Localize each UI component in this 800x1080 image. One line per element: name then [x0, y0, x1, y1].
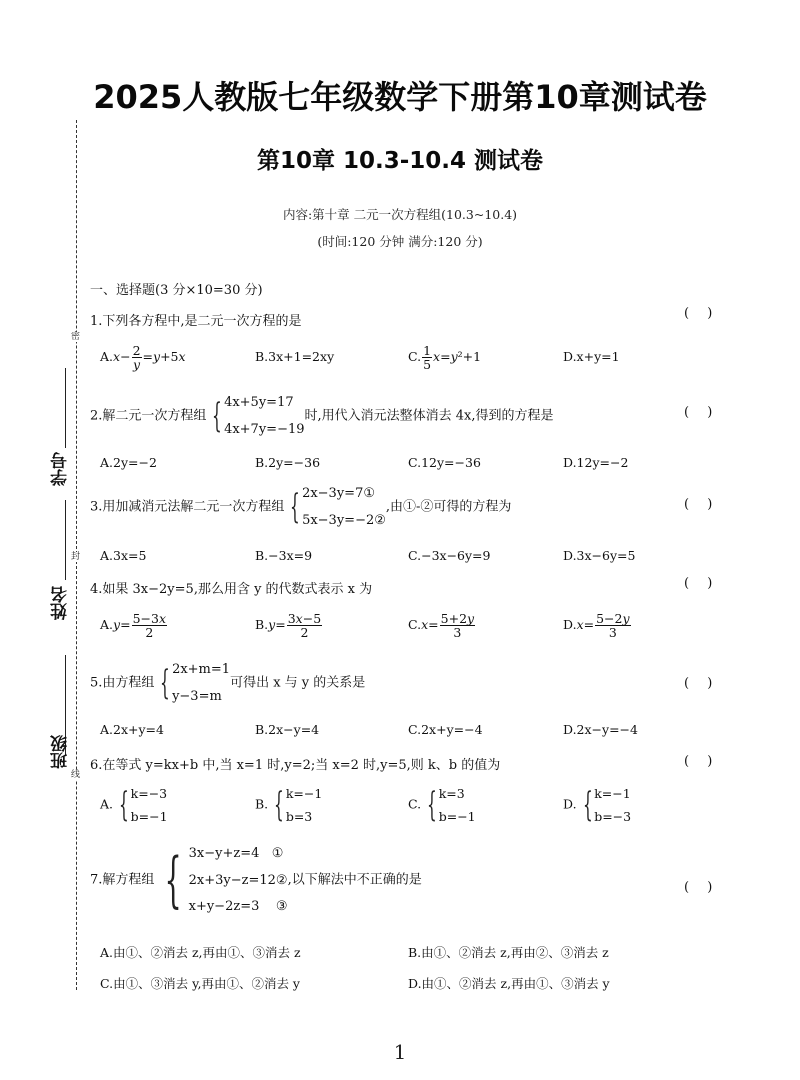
question-2: 2.解二元一次方程组{4x+5y=174x+7y=−19时,用代入消元法整体消去… [90, 395, 554, 437]
q3-option-d[interactable]: D.3x−6y=5 [563, 548, 635, 563]
q4-option-b[interactable]: B.y=3x−52 [255, 612, 323, 639]
q1-option-d[interactable]: D.x+y=1 [563, 349, 620, 364]
answer-blank-6[interactable]: ( ) [684, 754, 712, 769]
q5-option-b[interactable]: B.2x−y=4 [255, 722, 319, 737]
seal-mark-xian: 线 [71, 770, 80, 780]
section-heading: 一、选择题(3 分×10=30 分) [90, 279, 263, 298]
question-3: 3.用加减消元法解二元一次方程组{2x−3y=7①5x−3y=−2②,由①-②可… [90, 486, 511, 528]
q7-option-a[interactable]: A.由①、②消去 z,再由①、③消去 z [100, 943, 301, 961]
answer-blank-4[interactable]: ( ) [684, 576, 712, 591]
q3-option-c[interactable]: C.−3x−6y=9 [408, 548, 490, 563]
q5-option-d[interactable]: D.2x−y=−4 [563, 722, 638, 737]
name-line-top [65, 500, 66, 580]
q3-option-b[interactable]: B.−3x=9 [255, 548, 312, 563]
label-name: 姓名 [48, 586, 73, 620]
q2-option-b[interactable]: B.2y=−36 [255, 455, 320, 470]
q5-option-a[interactable]: A.2x+y=4 [100, 722, 164, 737]
q1-option-c[interactable]: C.15x=y²+1 [408, 344, 481, 371]
q2-option-d[interactable]: D.12y=−2 [563, 455, 628, 470]
seal-mark-feng: 封 [71, 552, 80, 562]
q7-option-c[interactable]: C.由①、③消去 y,再由①、②消去 y [100, 974, 300, 992]
answer-blank-7[interactable]: ( ) [684, 880, 712, 895]
label-student-id: 学号 [48, 452, 73, 486]
q4-option-d[interactable]: D.x=5−2y3 [563, 612, 632, 639]
label-class: 班级 [48, 735, 73, 769]
q7-option-b[interactable]: B.由①、②消去 z,再由②、③消去 z [408, 943, 609, 961]
answer-blank-2[interactable]: ( ) [684, 405, 712, 420]
exam-subtitle: 第10章 10.3-10.4 测试卷 [0, 142, 800, 175]
q1-option-a[interactable]: A.x−2y=y+5x [100, 344, 186, 371]
answer-blank-1[interactable]: ( ) [684, 306, 712, 321]
q4-option-c[interactable]: C.x=5+2y3 [408, 612, 476, 639]
page-number: 1 [0, 1040, 800, 1064]
content-line: 内容:第十章 二元一次方程组(10.3~10.4) [0, 205, 800, 223]
q6-option-c[interactable]: C.{k=3b=−1 [408, 786, 476, 824]
q4-option-a[interactable]: A.y=5−3x2 [100, 612, 168, 639]
question-6: 6.在等式 y=kx+b 中,当 x=1 时,y=2;当 x=2 时,y=5,则… [90, 754, 500, 773]
q2-option-c[interactable]: C.12y=−36 [408, 455, 481, 470]
question-1: 1.下列各方程中,是二元一次方程的是 [90, 310, 302, 329]
time-line: (时间:120 分钟 满分:120 分) [0, 232, 800, 250]
q6-option-a[interactable]: A.{k=−3b=−1 [100, 786, 168, 824]
answer-blank-3[interactable]: ( ) [684, 497, 712, 512]
student-id-line [65, 368, 66, 448]
q2-option-a[interactable]: A.2y=−2 [100, 455, 157, 470]
q6-option-d[interactable]: D.{k=−1b=−3 [563, 786, 631, 824]
q5-option-c[interactable]: C.2x+y=−4 [408, 722, 483, 737]
exam-title: 2025人教版七年级数学下册第10章测试卷 [0, 72, 800, 118]
answer-blank-5[interactable]: ( ) [684, 676, 712, 691]
question-4: 4.如果 3x−2y=5,那么用含 y 的代数式表示 x 为 [90, 578, 372, 597]
q7-option-d[interactable]: D.由①、②消去 z,再由①、③消去 y [408, 974, 610, 992]
q3-option-a[interactable]: A.3x=5 [100, 548, 146, 563]
seal-mark-mi: 密 [71, 332, 80, 342]
question-5: 5.由方程组{2x+m=1y−3=m可得出 x 与 y 的关系是 [90, 662, 365, 704]
question-7: 7.解方程组{3x−y+z=4 ①2x+3y−z=12②x+y−2z=3 ③,以… [90, 846, 422, 914]
q6-option-b[interactable]: B.{k=−1b=3 [255, 786, 322, 824]
q1-option-b[interactable]: B.3x+1=2xy [255, 349, 334, 364]
